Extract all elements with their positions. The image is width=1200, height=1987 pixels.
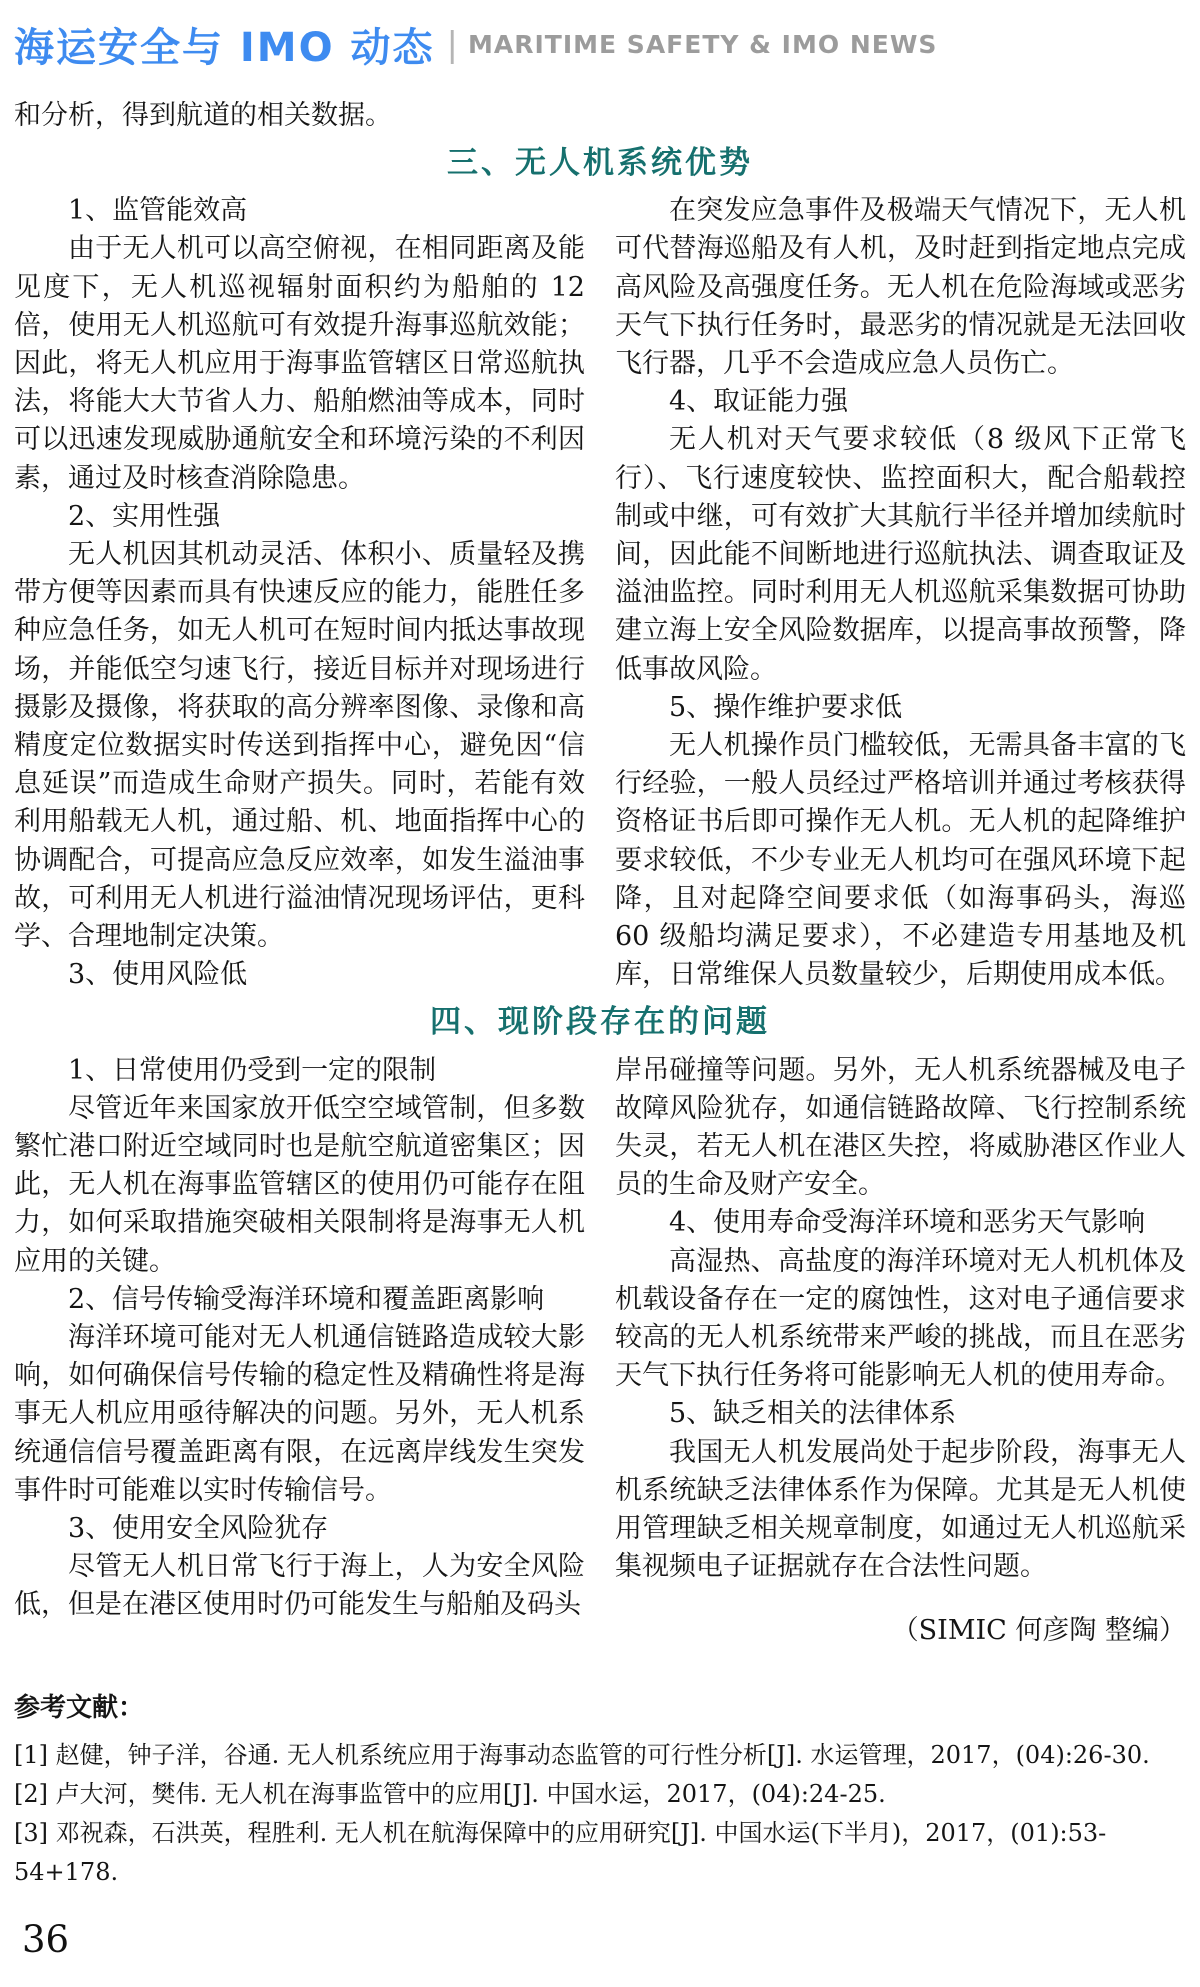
header-separator: | [447,25,458,65]
body-paragraph: 高湿热、高盐度的海洋环境对无人机机体及机载设备存在一定的腐蚀性，这对电子通信要求… [615,1243,1186,1396]
column-right: 在突发应急事件及极端天气情况下，无人机可代替海巡船及有人机，及时赶到指定地点完成… [615,192,1186,994]
item-heading: 3、使用风险低 [14,956,585,994]
body-paragraph: 在突发应急事件及极端天气情况下，无人机可代替海巡船及有人机，及时赶到指定地点完成… [615,192,1186,383]
item-heading: 1、日常使用仍受到一定的限制 [14,1052,585,1090]
byline: （SIMIC 何彦陶 整编） [615,1612,1186,1650]
column-left: 1、监管能效高由于无人机可以高空俯视，在相同距离及能见度下，无人机巡视辐射面积约… [14,192,585,994]
two-column-layout: 1、监管能效高由于无人机可以高空俯视，在相同距离及能见度下，无人机巡视辐射面积约… [14,192,1186,994]
references-list: [1] 赵健，钟子洋，谷通. 无人机系统应用于海事动态监管的可行性分析[J]. … [14,1736,1186,1892]
intro-continuation-paragraph: 和分析，得到航道的相关数据。 [14,97,1186,135]
item-heading: 3、使用安全风险犹存 [14,1510,585,1548]
body-paragraph: 岸吊碰撞等问题。另外，无人机系统器械及电子故障风险犹存，如通信链路故障、飞行控制… [615,1052,1186,1205]
section-heading: 三、无人机系统优势 [14,145,1186,182]
magazine-page: 海运安全与 IMO 动态 | MARITIME SAFETY & IMO NEW… [0,0,1200,1987]
reference-item: [3] 邓祝森，石洪英，程胜利. 无人机在航海保障中的应用研究[J]. 中国水运… [14,1814,1186,1892]
article-sections: 三、无人机系统优势1、监管能效高由于无人机可以高空俯视，在相同距离及能见度下，无… [14,145,1186,1651]
page-number: 36 [22,1918,69,1961]
references-section: 参考文献： [1] 赵健，钟子洋，谷通. 无人机系统应用于海事动态监管的可行性分… [14,1687,1186,1892]
page-title-english: MARITIME SAFETY & IMO NEWS [468,30,937,59]
body-paragraph: 无人机操作员门槛较低，无需具备丰富的飞行经验，一般人员经过严格培训并通过考核获得… [615,727,1186,994]
reference-item: [2] 卢大河，樊伟. 无人机在海事监管中的应用[J]. 中国水运，2017，(… [14,1775,1186,1814]
body-paragraph: 由于无人机可以高空俯视，在相同距离及能见度下，无人机巡视辐射面积约为船舶的 12… [14,230,585,497]
body-paragraph: 无人机对天气要求较低（8 级风下正常飞行）、飞行速度较快、监控面积大，配合船载控… [615,421,1186,688]
column-right: 岸吊碰撞等问题。另外，无人机系统器械及电子故障风险犹存，如通信链路故障、飞行控制… [615,1052,1186,1651]
page-header: 海运安全与 IMO 动态 | MARITIME SAFETY & IMO NEW… [14,16,1186,73]
column-left: 1、日常使用仍受到一定的限制尽管近年来国家放开低空空域管制，但多数繁忙港口附近空… [14,1052,585,1651]
item-heading: 4、取证能力强 [615,383,1186,421]
item-heading: 2、实用性强 [14,498,585,536]
item-heading: 4、使用寿命受海洋环境和恶劣天气影响 [615,1204,1186,1242]
two-column-layout: 1、日常使用仍受到一定的限制尽管近年来国家放开低空空域管制，但多数繁忙港口附近空… [14,1052,1186,1651]
item-heading: 5、操作维护要求低 [615,689,1186,727]
body-paragraph: 尽管近年来国家放开低空空域管制，但多数繁忙港口附近空域同时也是航空航道密集区；因… [14,1090,585,1281]
references-title: 参考文献： [14,1687,1186,1724]
item-heading: 5、缺乏相关的法律体系 [615,1395,1186,1433]
reference-item: [1] 赵健，钟子洋，谷通. 无人机系统应用于海事动态监管的可行性分析[J]. … [14,1736,1186,1775]
page-title-chinese: 海运安全与 IMO 动态 [14,16,435,73]
item-heading: 2、信号传输受海洋环境和覆盖距离影响 [14,1281,585,1319]
item-heading: 1、监管能效高 [14,192,585,230]
body-paragraph: 无人机因其机动灵活、体积小、质量轻及携带方便等因素而具有快速反应的能力，能胜任多… [14,536,585,956]
body-paragraph: 尽管无人机日常飞行于海上，人为安全风险低，但是在港区使用时仍可能发生与船舶及码头 [14,1548,585,1624]
body-paragraph: 我国无人机发展尚处于起步阶段，海事无人机系统缺乏法律体系作为保障。尤其是无人机使… [615,1434,1186,1587]
body-paragraph: 海洋环境可能对无人机通信链路造成较大影响，如何确保信号传输的稳定性及精确性将是海… [14,1319,585,1510]
section-heading: 四、现阶段存在的问题 [14,1004,1186,1041]
